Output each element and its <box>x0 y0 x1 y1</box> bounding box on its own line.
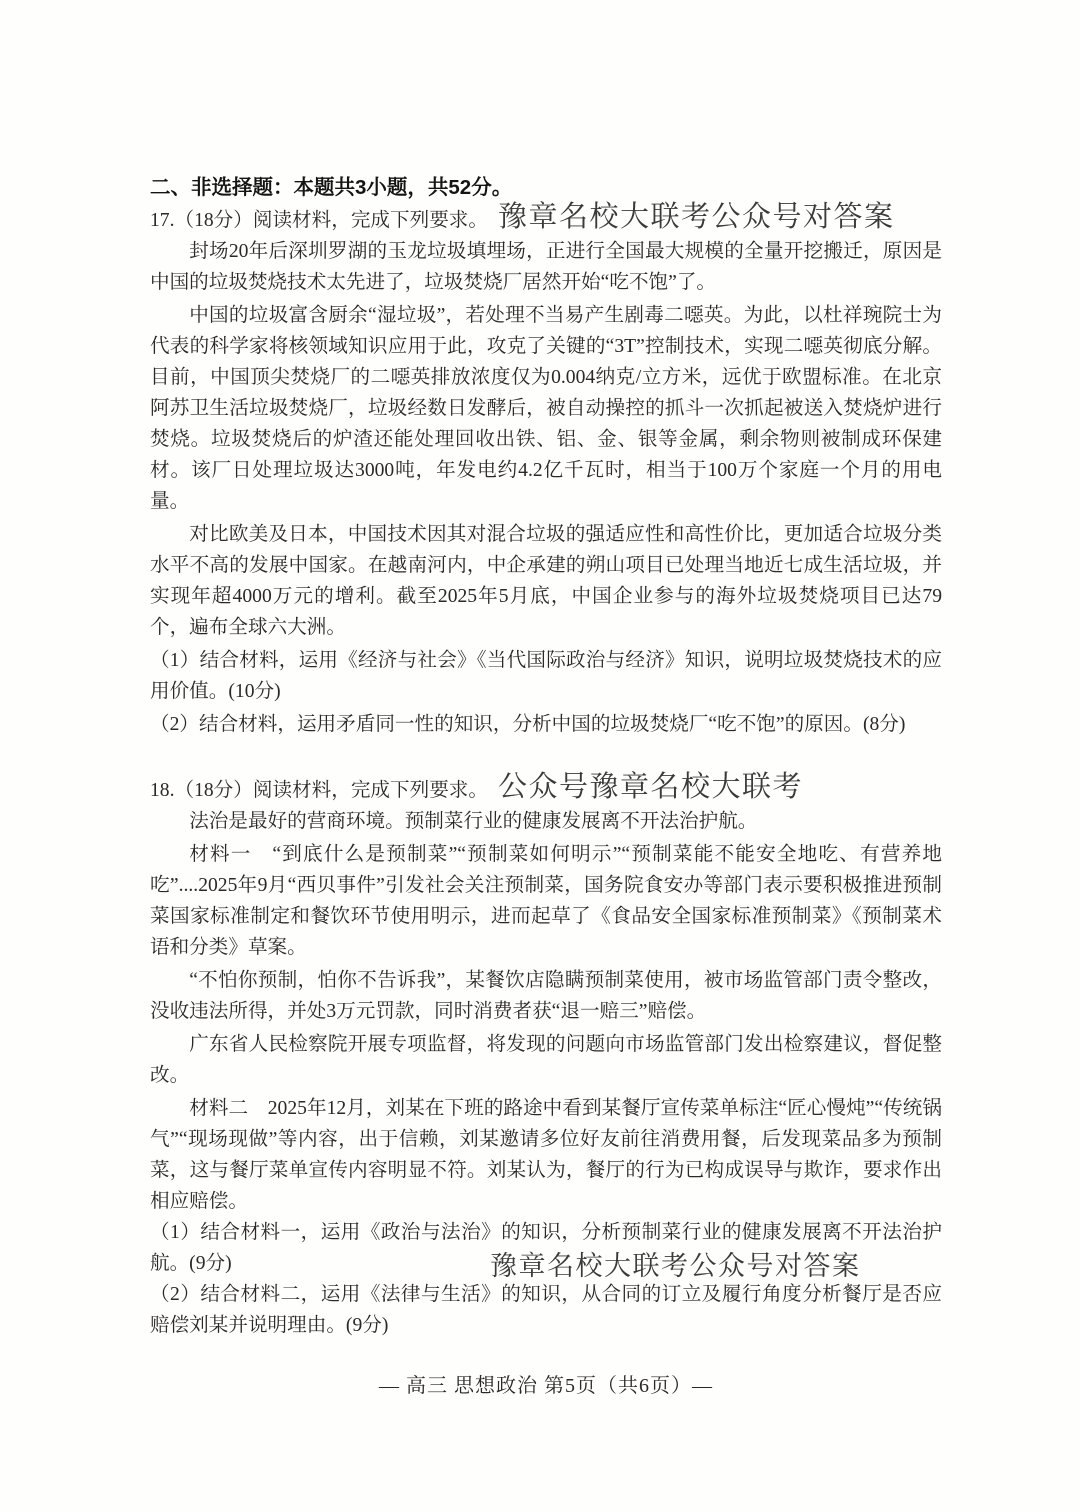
scanned-exam-page: 二、非选择题：本题共3小题，共52分。 17.（18分）阅读材料，完成下列要求。… <box>0 0 1080 1512</box>
watermark-q17: 豫章名校大联考公众号对答案 <box>498 203 895 232</box>
q18-paragraph-2: 材料一 “到底什么是预制菜”“预制菜如何明示”“预制菜能不能安全地吃、有营养地吃… <box>150 839 942 963</box>
watermark-q18-sub1: 豫章名校大联考公众号对答案 <box>490 1253 861 1280</box>
q17-subquestion-1: （1）结合材料，运用《经济与社会》《当代国际政治与经济》知识，说明垃圾焚烧技术的… <box>150 645 942 707</box>
question-18-heading: 18.（18分）阅读材料，完成下列要求。 <box>150 775 488 806</box>
q17-subquestion-2: （2）结合材料，运用矛盾同一性的知识，分析中国的垃圾焚烧厂“吃不饱”的原因。(8… <box>150 709 942 740</box>
question-17-heading: 17.（18分）阅读材料，完成下列要求。 <box>150 205 488 236</box>
q18-paragraph-4: 广东省人民检察院开展专项监督，将发现的问题向市场监管部门发出检察建议，督促整改。 <box>150 1029 942 1091</box>
q18-paragraph-5: 材料二 2025年12月，刘某在下班的路途中看到某餐厅宣传菜单标注“匠心慢炖”“… <box>150 1093 942 1217</box>
q18-paragraph-3: “不怕你预制，怕你不告诉我”，某餐饮店隐瞒预制菜使用，被市场监管部门责令整改，没… <box>150 965 942 1027</box>
question-17-heading-row: 17.（18分）阅读材料，完成下列要求。 豫章名校大联考公众号对答案 <box>150 203 942 236</box>
question-17: 17.（18分）阅读材料，完成下列要求。 豫章名校大联考公众号对答案 封场20年… <box>150 203 942 740</box>
page-content: 二、非选择题：本题共3小题，共52分。 17.（18分）阅读材料，完成下列要求。… <box>150 172 942 1402</box>
q17-paragraph-3: 对比欧美及日本，中国技术因其对混合垃圾的强适应性和高性价比，更加适合垃圾分类水平… <box>150 519 942 643</box>
q17-paragraph-2: 中国的垃圾富含厨余“湿垃圾”，若处理不当易产生剧毒二噁英。为此，以杜祥琬院士为代… <box>150 300 942 517</box>
q18-subquestion-1-block: （1）结合材料一，运用《政治与法治》的知识，分析预制菜行业的健康发展离不开法治护… <box>150 1217 942 1279</box>
question-18: 18.（18分）阅读材料，完成下列要求。 公众号豫章名校大联考 法治是最好的营商… <box>150 773 942 1341</box>
q18-paragraph-1: 法治是最好的营商环境。预制菜行业的健康发展离不开法治护航。 <box>150 806 942 837</box>
q17-paragraph-1: 封场20年后深圳罗湖的玉龙垃圾填埋场，正进行全国最大规模的全量开挖搬迁，原因是中… <box>150 236 942 298</box>
question-18-heading-row: 18.（18分）阅读材料，完成下列要求。 公众号豫章名校大联考 <box>150 773 942 806</box>
watermark-q18: 公众号豫章名校大联考 <box>498 773 803 802</box>
page-footer: — 高三 思想政治 第5页（共6页）— <box>150 1371 942 1402</box>
section-header: 二、非选择题：本题共3小题，共52分。 <box>150 172 942 203</box>
q18-subquestion-2: （2）结合材料二，运用《法律与生活》的知识，从合同的订立及履行角度分析餐厅是否应… <box>150 1279 942 1341</box>
